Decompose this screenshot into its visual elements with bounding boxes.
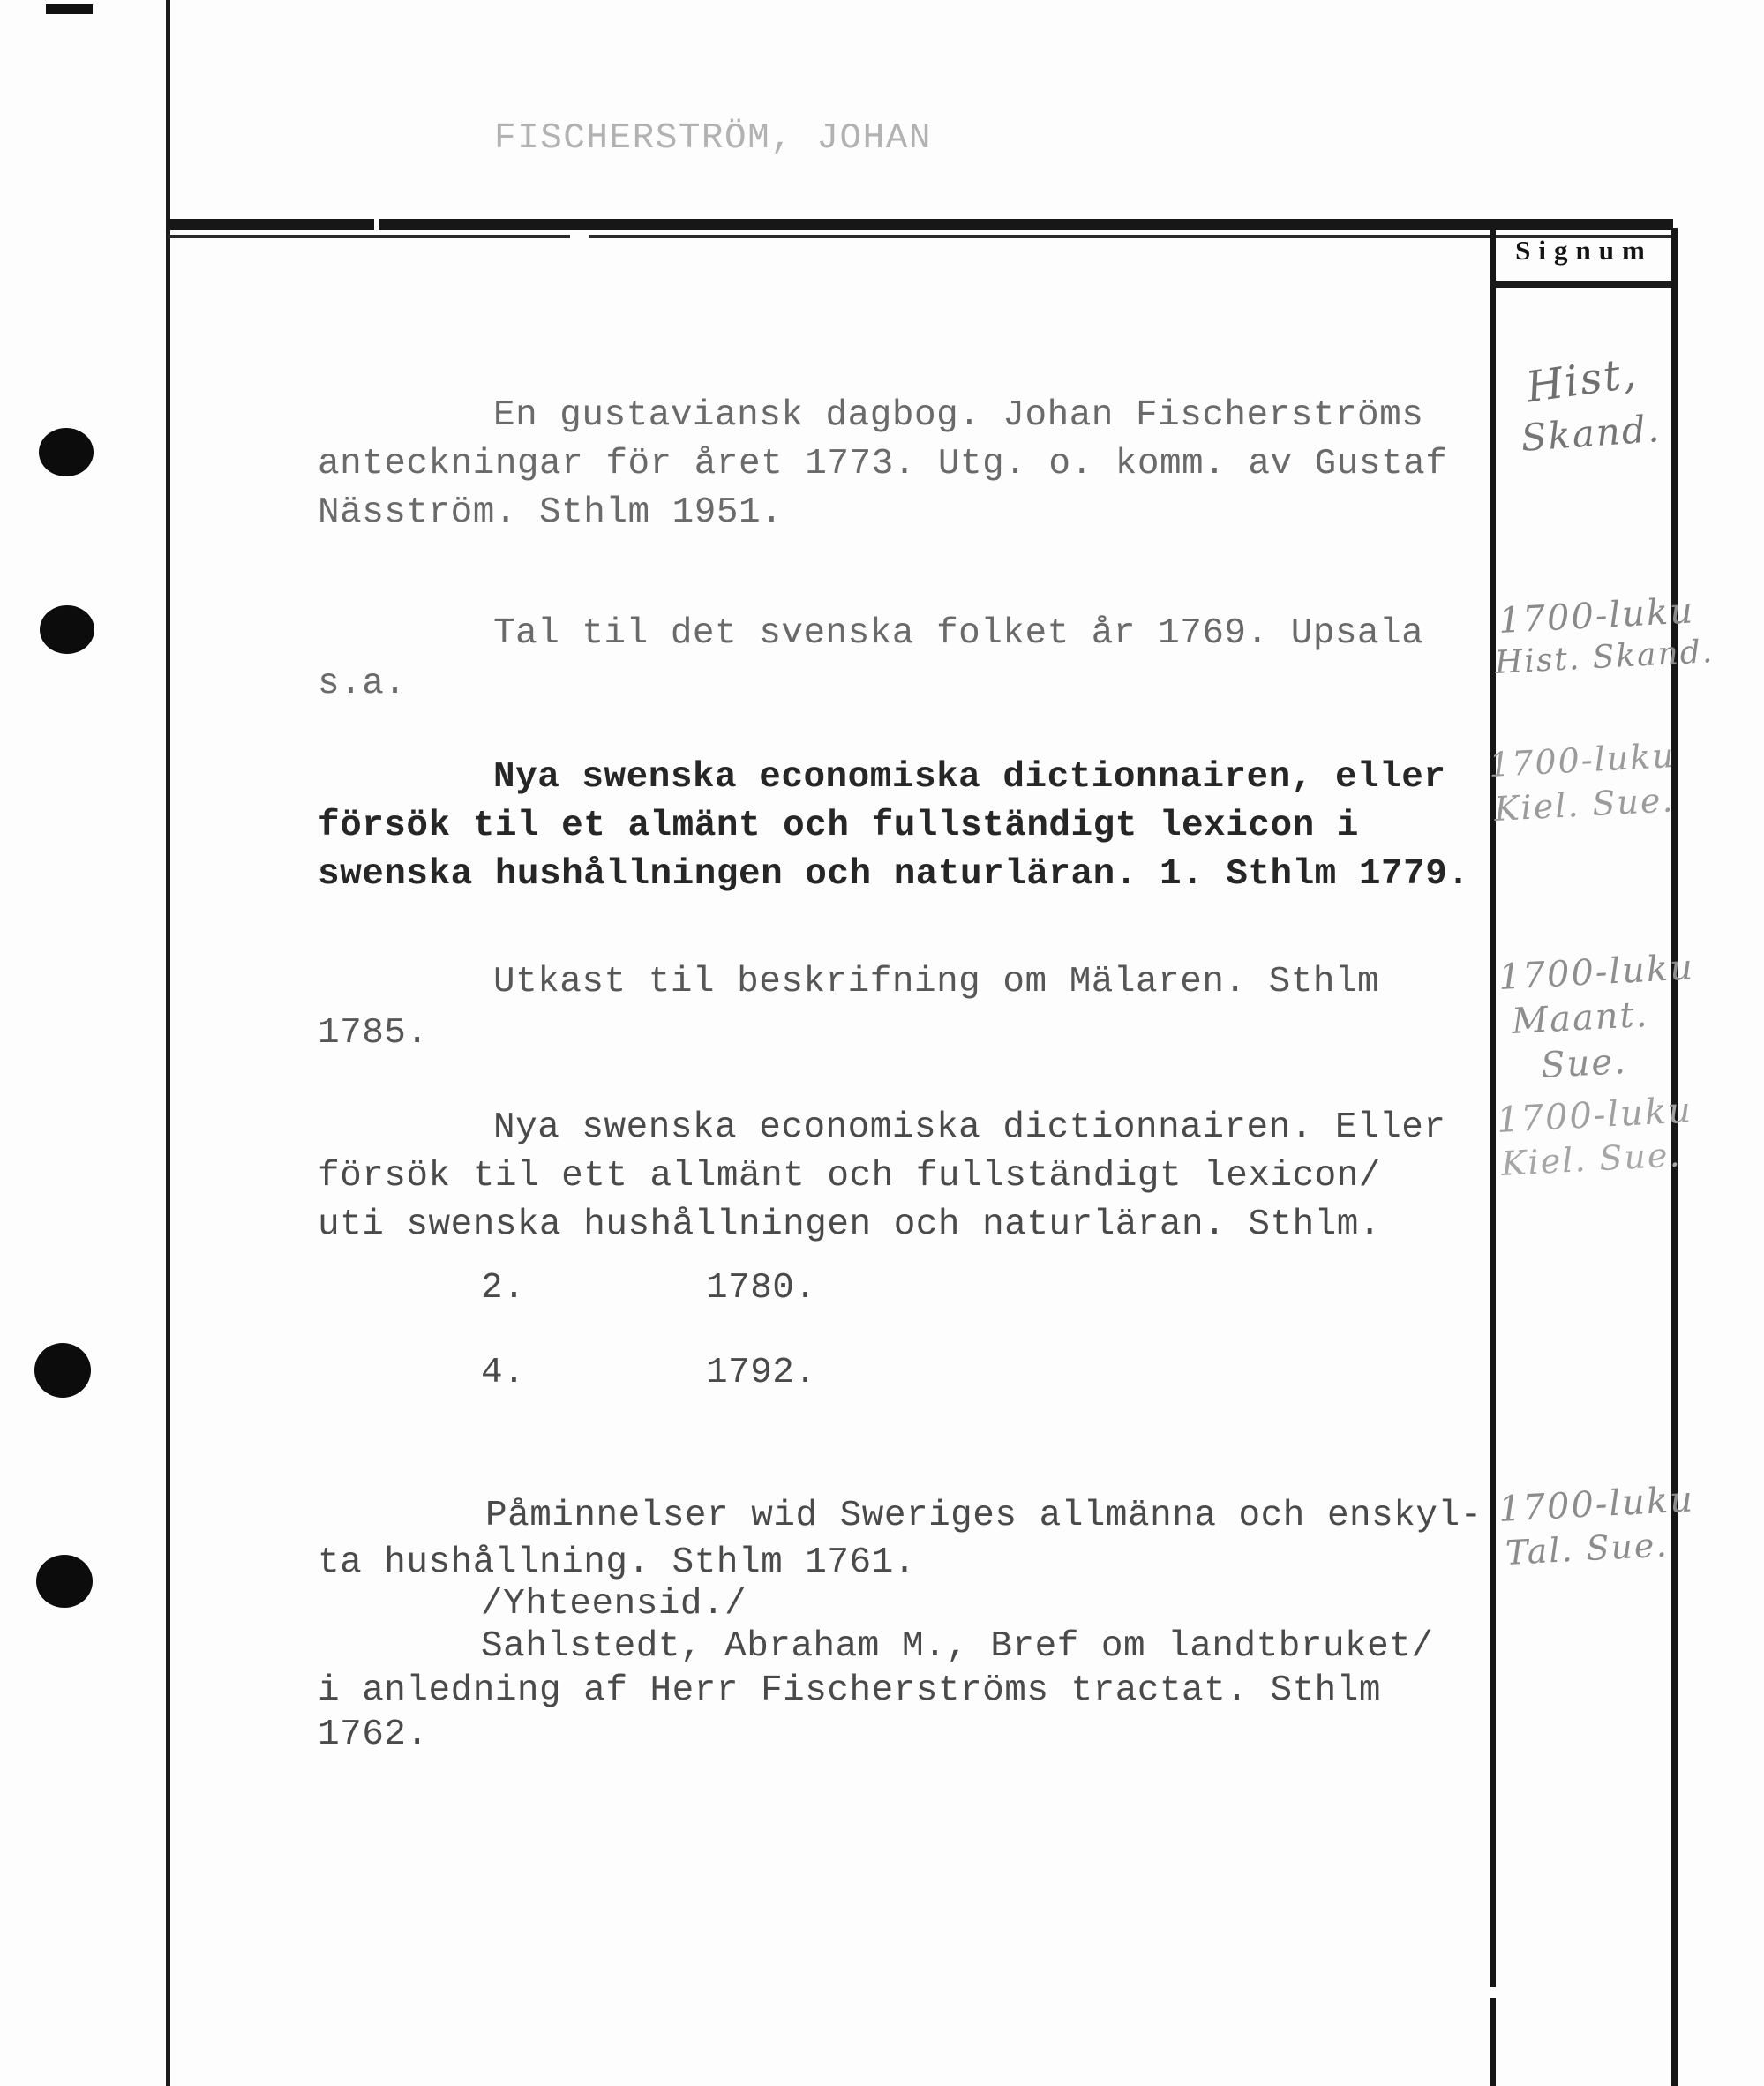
signum-annotation: Hist. Skand. <box>1494 634 1715 681</box>
hole-punch-dot <box>34 1343 91 1398</box>
volume-year: 1780. <box>706 1268 817 1309</box>
scan-edge-mark <box>46 4 93 14</box>
entry-line: 1762. <box>318 1715 429 1755</box>
entry-line: /Yhteensid./ <box>481 1584 747 1625</box>
entry-line: s.a. <box>318 664 406 704</box>
rule-break <box>570 234 589 239</box>
entry-line: i anledning af Herr Fischerströms tracta… <box>318 1670 1381 1711</box>
signum-column-left-border <box>1490 228 1496 2086</box>
entry-line: försök til et almänt och fullständigt le… <box>318 806 1359 846</box>
volume-year: 1792. <box>706 1353 817 1393</box>
signum-column-header: Signum <box>1496 235 1672 266</box>
signum-annotation: Tal. Sue. <box>1505 1525 1669 1572</box>
signum-annotation: 1700-luku <box>1488 736 1677 784</box>
signum-annotation: 1700-luku <box>1498 947 1695 998</box>
entry-line: 1785. <box>318 1013 429 1054</box>
signum-annotation: Maant. <box>1511 994 1649 1042</box>
hole-punch-dot <box>40 605 94 654</box>
volume-number: 2. <box>481 1268 525 1309</box>
entry-line: En gustaviansk dagbog. Johan Fischerströ… <box>493 395 1423 436</box>
left-margin-line <box>166 0 170 2086</box>
signum-annotation: Hist, <box>1523 348 1640 412</box>
header-rule-thin <box>168 235 1678 238</box>
signum-annotation: 1700-luku <box>1496 1090 1693 1141</box>
signum-annotation: Kiel. Sue. <box>1493 780 1675 829</box>
entry-line: Sahlstedt, Abraham M., Bref om landtbruk… <box>481 1626 1433 1667</box>
signum-annotation: Kiel. Sue. <box>1500 1135 1682 1183</box>
entry-line: försök til ett allmänt och fullständigt … <box>318 1156 1381 1197</box>
scan-line-break <box>1489 1987 1497 1998</box>
signum-annotation: Sue. <box>1540 1041 1628 1086</box>
signum-annotation: 1700-luku <box>1498 1479 1695 1530</box>
catalog-card-page: FISCHERSTRÖM, JOHAN Signum En gustavians… <box>0 0 1764 2086</box>
entry-line: Nya swenska economiska dictionnairen. El… <box>493 1107 1445 1148</box>
volume-number: 4. <box>481 1353 525 1393</box>
entry-line: ta hushållning. Sthlm 1761. <box>318 1542 916 1583</box>
entry-line: anteckningar för året 1773. Utg. o. komm… <box>318 444 1447 484</box>
signum-annotation: 1700-luku <box>1498 590 1695 642</box>
signum-header-underline <box>1491 281 1671 288</box>
entry-line: swenska hushållningen och naturläran. 1.… <box>318 854 1469 895</box>
entry-line: Tal til det svenska folket år 1769. Upsa… <box>493 613 1423 654</box>
entry-line: Påminnelser wid Sweriges allmänna och en… <box>485 1496 1483 1536</box>
signum-annotation: Skand. <box>1520 407 1663 460</box>
entry-line: Nya swenska economiska dictionnairen, el… <box>493 757 1445 798</box>
entry-line: Utkast til beskrifning om Mälaren. Sthlm <box>493 962 1379 1002</box>
rule-break <box>374 218 379 231</box>
entry-line: Näsström. Sthlm 1951. <box>318 492 783 533</box>
hole-punch-dot <box>36 1555 93 1608</box>
header-rule-thick <box>168 219 1673 230</box>
page-title: FISCHERSTRÖM, JOHAN <box>494 118 932 159</box>
hole-punch-dot <box>39 428 94 476</box>
entry-line: uti swenska hushållningen och naturläran… <box>318 1204 1381 1245</box>
